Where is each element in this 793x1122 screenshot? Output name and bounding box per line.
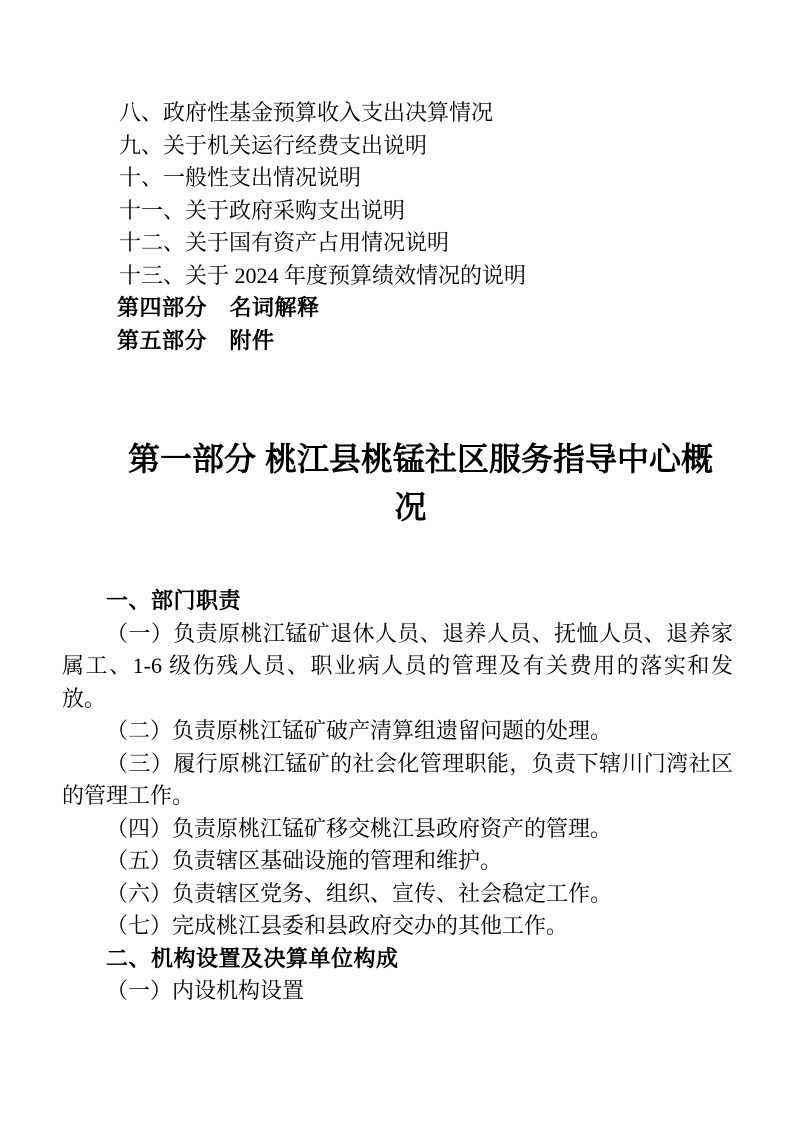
table-of-contents: 八、政府性基金预算收入支出决算情况 九、关于机关运行经费支出说明 十、一般性支出… xyxy=(62,97,733,357)
paragraph-duty-4: （四）负责原桃江锰矿移交桃江县政府资产的管理。 xyxy=(62,813,733,846)
document-page: 八、政府性基金预算收入支出决算情况 九、关于机关运行经费支出说明 十、一般性支出… xyxy=(0,0,793,1122)
paragraph-duty-3: （三）履行原桃江锰矿的社会化管理职能，负责下辖川门湾社区的管理工作。 xyxy=(62,748,733,813)
paragraph-duty-2: （二）负责原桃江锰矿破产清算组遗留问题的处理。 xyxy=(62,715,733,748)
toc-item: 八、政府性基金预算收入支出决算情况 xyxy=(62,97,733,130)
part-heading-four: 第四部分 名词解释 xyxy=(62,292,733,325)
section-title-line-2: 况 xyxy=(62,483,733,531)
subsection-heading-duties: 一、部门职责 xyxy=(62,585,733,618)
section-body: 一、部门职责 （一）负责原桃江锰矿退休人员、退养人员、抚恤人员、退养家属工、1-… xyxy=(62,585,733,1008)
toc-item: 十一、关于政府采购支出说明 xyxy=(62,195,733,228)
paragraph-duty-5: （五）负责辖区基础设施的管理和维护。 xyxy=(62,845,733,878)
toc-item: 十二、关于国有资产占用情况说明 xyxy=(62,227,733,260)
toc-item: 十三、关于 2024 年度预算绩效情况的说明 xyxy=(62,260,733,293)
toc-item: 十、一般性支出情况说明 xyxy=(62,162,733,195)
section-title: 第一部分 桃江县桃锰社区服务指导中心概 况 xyxy=(62,435,733,531)
paragraph-duty-1: （一）负责原桃江锰矿退休人员、退养人员、抚恤人员、退养家属工、1-6 级伤残人员… xyxy=(62,618,733,716)
section-title-line-1: 第一部分 桃江县桃锰社区服务指导中心概 xyxy=(62,435,733,483)
part-heading-five: 第五部分 附件 xyxy=(62,325,733,358)
paragraph-duty-7: （七）完成桃江县委和县政府交办的其他工作。 xyxy=(62,910,733,943)
toc-item: 九、关于机关运行经费支出说明 xyxy=(62,130,733,163)
subsection-heading-organization: 二、机构设置及决算单位构成 xyxy=(62,943,733,976)
paragraph-duty-6: （六）负责辖区党务、组织、宣传、社会稳定工作。 xyxy=(62,878,733,911)
paragraph-org-1: （一）内设机构设置 xyxy=(62,975,733,1008)
